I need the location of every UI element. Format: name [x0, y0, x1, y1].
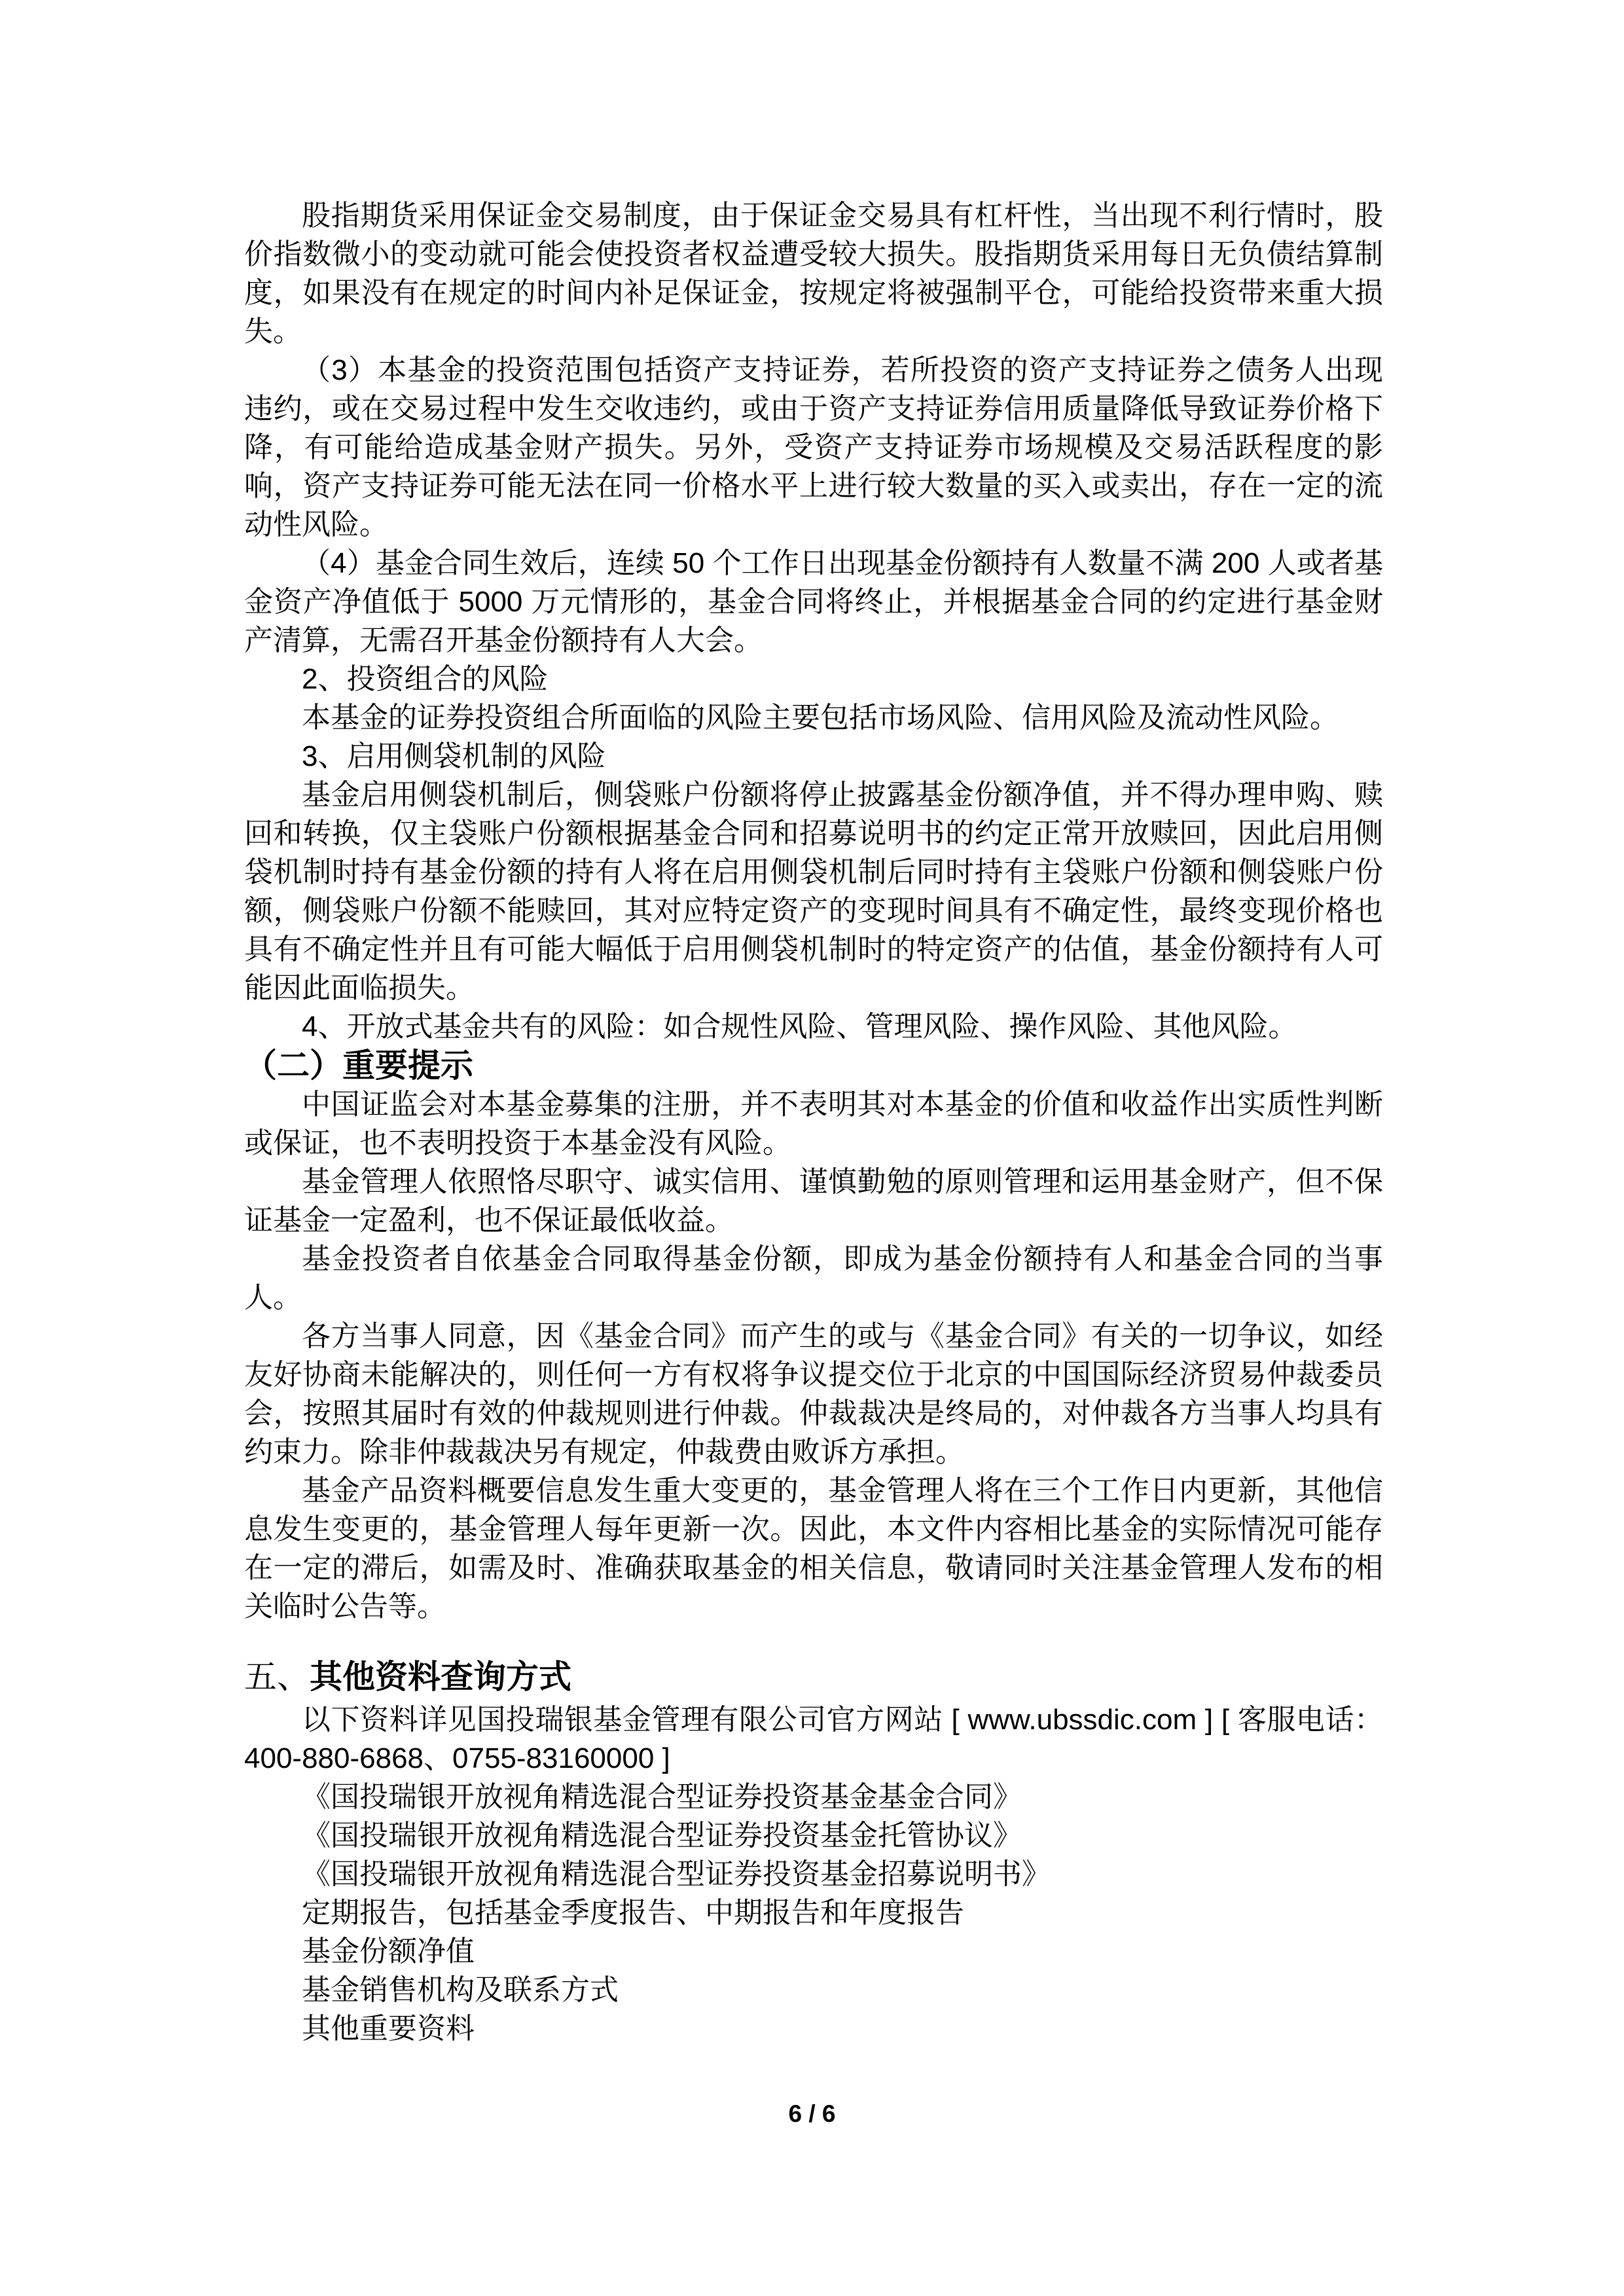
info-intro-website-phone: 以下资料详见国投瑞银基金管理有限公司官方网站 [ www.ubssdic.com… [244, 1700, 1383, 1778]
notice-paragraph-update-policy: 基金产品资料概要信息发生重大变更的，基金管理人将在三个工作日内更新，其他信息发生… [244, 1471, 1383, 1626]
info-item-custody-agreement: 《国投瑞银开放视角精选混合型证券投资基金托管协议》 [244, 1816, 1383, 1855]
info-item-nav: 基金份额净值 [244, 1932, 1383, 1971]
info-heading-number: 五、 [244, 1659, 310, 1695]
risk-paragraph-stock-index-futures: 股指期货采用保证金交易制度，由于保证金交易具有杠杆性，当出现不利行情时，股价指数… [244, 196, 1383, 351]
risk-item-portfolio-text: 本基金的证券投资组合所面临的风险主要包括市场风险、信用风险及流动性风险。 [244, 698, 1383, 737]
info-item-periodic-reports: 定期报告，包括基金季度报告、中期报告和年度报告 [244, 1893, 1383, 1932]
info-item-fund-contract: 《国投瑞银开放视角精选混合型证券投资基金基金合同》 [244, 1778, 1383, 1816]
notice-paragraph-manager-duty: 基金管理人依照恪尽职守、诚实信用、谨慎勤勉的原则管理和运用基金财产，但不保证基金… [244, 1162, 1383, 1240]
notice-paragraph-arbitration: 各方当事人同意，因《基金合同》而产生的或与《基金合同》有关的一切争议，如经友好协… [244, 1317, 1383, 1471]
info-item-sales-agencies: 基金销售机构及联系方式 [244, 1971, 1383, 2009]
notice-heading: （二）重要提示 [244, 1046, 1383, 1085]
info-section-heading: 五、其他资料查询方式 [244, 1656, 1383, 1698]
risk-paragraph-contract-termination: （4）基金合同生效后，连续 50 个工作日出现基金份额持有人数量不满 200 人… [244, 544, 1383, 660]
page-content: 股指期货采用保证金交易制度，由于保证金交易具有杠杆性，当出现不利行情时，股价指数… [244, 196, 1383, 2048]
document-page: 股指期货采用保证金交易制度，由于保证金交易具有杠杆性，当出现不利行情时，股价指数… [0, 0, 1624, 2296]
risk-item-side-pocket-text: 基金启用侧袋机制后，侧袋账户份额将停止披露基金份额净值，并不得办理申购、赎回和转… [244, 776, 1383, 1007]
notice-paragraph-holder: 基金投资者自依基金合同取得基金份额，即成为基金份额持有人和基金合同的当事人。 [244, 1240, 1383, 1317]
risk-paragraph-abs: （3）本基金的投资范围包括资产支持证券，若所投资的资产支持证券之债务人出现违约，… [244, 351, 1383, 544]
risk-item-open-fund-common: 4、开放式基金共有的风险：如合规性风险、管理风险、操作风险、其他风险。 [244, 1007, 1383, 1046]
page-number: 6 / 6 [0, 2100, 1624, 2128]
risk-item-side-pocket-title: 3、启用侧袋机制的风险 [244, 737, 1383, 776]
info-item-prospectus: 《国投瑞银开放视角精选混合型证券投资基金招募说明书》 [244, 1855, 1383, 1893]
info-item-other-materials: 其他重要资料 [244, 2009, 1383, 2048]
risk-item-portfolio-title: 2、投资组合的风险 [244, 660, 1383, 698]
notice-paragraph-csrc: 中国证监会对本基金募集的注册，并不表明其对本基金的价值和收益作出实质性判断或保证… [244, 1085, 1383, 1162]
info-heading-title: 其他资料查询方式 [310, 1659, 571, 1695]
